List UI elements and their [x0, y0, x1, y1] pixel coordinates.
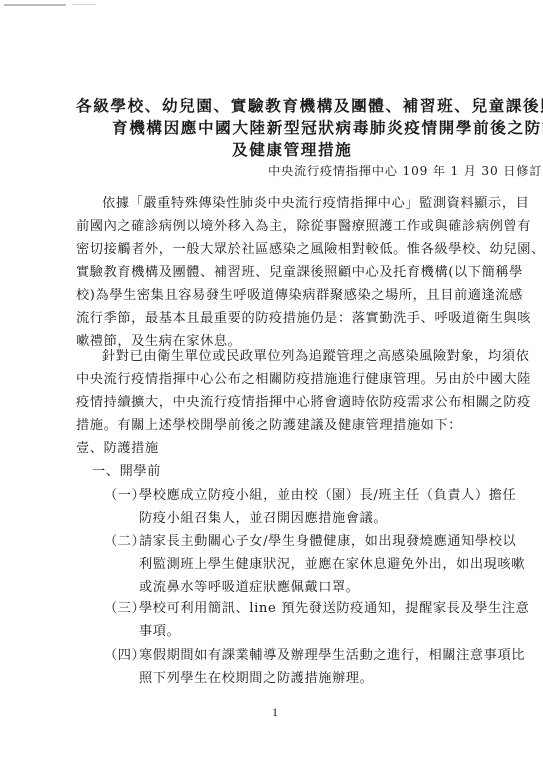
paragraph-line: 針對已由衛生單位或民政單位列為追蹤管理之高感染風險對象，均須依	[102, 349, 529, 365]
scan-artifact	[4, 4, 66, 6]
paragraph-line: 流行季節，最基本且最重要的防疫措施仍是：落實勤洗手、呼吸道衛生與咳	[76, 311, 531, 327]
paragraph-line: 實驗教育機構及團體、補習班、兒童課後照顧中心及托育機構(以下簡稱學	[76, 265, 523, 281]
list-item-line: 利監測班上學生健康狀況，並應在家休息避免外出，如出現咳嗽	[139, 557, 525, 573]
list-item-line: 事項。	[139, 624, 180, 640]
list-item-line: 請家長主動關心子女/學生身體健康，如出現發燒應通知學校以	[139, 534, 516, 550]
list-item-line: 或流鼻水等呼吸道症狀應佩戴口罩。	[139, 580, 360, 596]
paragraph-line: 依據「嚴重特殊傳染性肺炎中央流行疫情指揮中心」監測資料顯示，目	[102, 196, 529, 212]
paragraph-line: 中央流行疫情指揮中心公布之相關防疫措施進行健康管理。另由於中國大陸	[76, 372, 531, 388]
scan-artifact	[72, 4, 96, 5]
paragraph-line: 嗽禮節，及生病在家休息。	[76, 334, 241, 350]
list-item-line: 寒假期間如有課業輔導及辦理學生活動之進行，相關注意事項比	[139, 648, 525, 664]
subsection-heading: 一、開學前	[92, 464, 161, 480]
title-line-3: 及健康管理措施	[232, 142, 352, 158]
paragraph-line: 措施。有關上述學校開學前後之防護建議及健康管理措施如下：	[76, 418, 462, 434]
list-item-line: 學校應成立防疫小組，並由校（園）長/班主任（負責人）擔任	[139, 488, 516, 504]
title-line-2: 育機構因應中國大陸新型冠狀病毒肺炎疫情開學前後之防護建議	[112, 120, 543, 136]
paragraph-line: 前國內之確診病例以境外移入為主，除從事醫療照護工作或與確診病例曾有	[76, 219, 531, 235]
section-heading: 壹、防護措施	[76, 441, 159, 457]
paragraph-line: 疫情持續擴大，中央流行疫情指揮中心將會適時依防疫需求公布相關之防疫	[76, 395, 531, 411]
paragraph-line: 校)為學生密集且容易發生呼吸道傳染病群聚感染之場所，且目前適逢流感	[76, 288, 523, 304]
page-number: 1	[272, 705, 278, 720]
title-line-1: 各級學校、幼兒園、實驗教育機構及團體、補習班、兒童課後照顧中心及托	[76, 98, 543, 114]
document-attribution: 中央流行疫情指揮中心 109 年 1 月 30 日修訂	[268, 163, 542, 179]
list-item-line: 防疫小組召集人，並召開因應措施會議。	[139, 511, 387, 527]
list-item-line: 學校可利用簡訊、line 預先發送防疫通知，提醒家長及學生注意	[139, 601, 529, 617]
paragraph-line: 密切接觸者外，一般大眾於社區感染之風險相對較低。惟各級學校、幼兒園、	[76, 242, 543, 258]
list-item-line: 照下列學生在校期間之防護措施辦理。	[139, 671, 373, 687]
